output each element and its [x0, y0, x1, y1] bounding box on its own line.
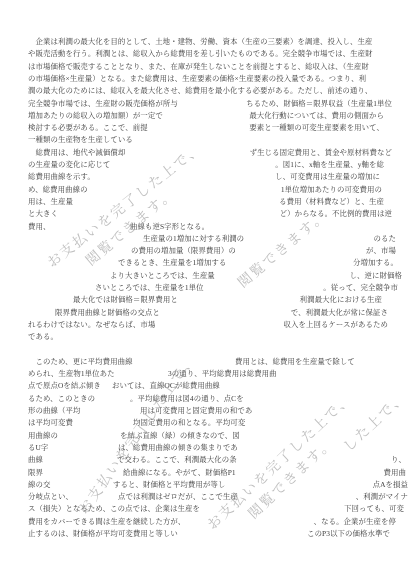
- watermark-text: お支払いを完了した上で、: [74, 349, 200, 518]
- watermark-text: お支払いを完了した上で、: [202, 389, 356, 534]
- document-page: 企業は利潤の最大化を目的として、土地・建物、労働、資本（生産の三要素）を調達、投…: [0, 0, 410, 580]
- watermark-layer: お支払いを完了した上で、閲覧できます。閲覧できます。お支払いを完了した上で、お支…: [0, 0, 410, 580]
- watermark-text: お支払いを完了した上で、: [43, 138, 206, 272]
- watermark-text: 閲覧できます。: [233, 205, 331, 292]
